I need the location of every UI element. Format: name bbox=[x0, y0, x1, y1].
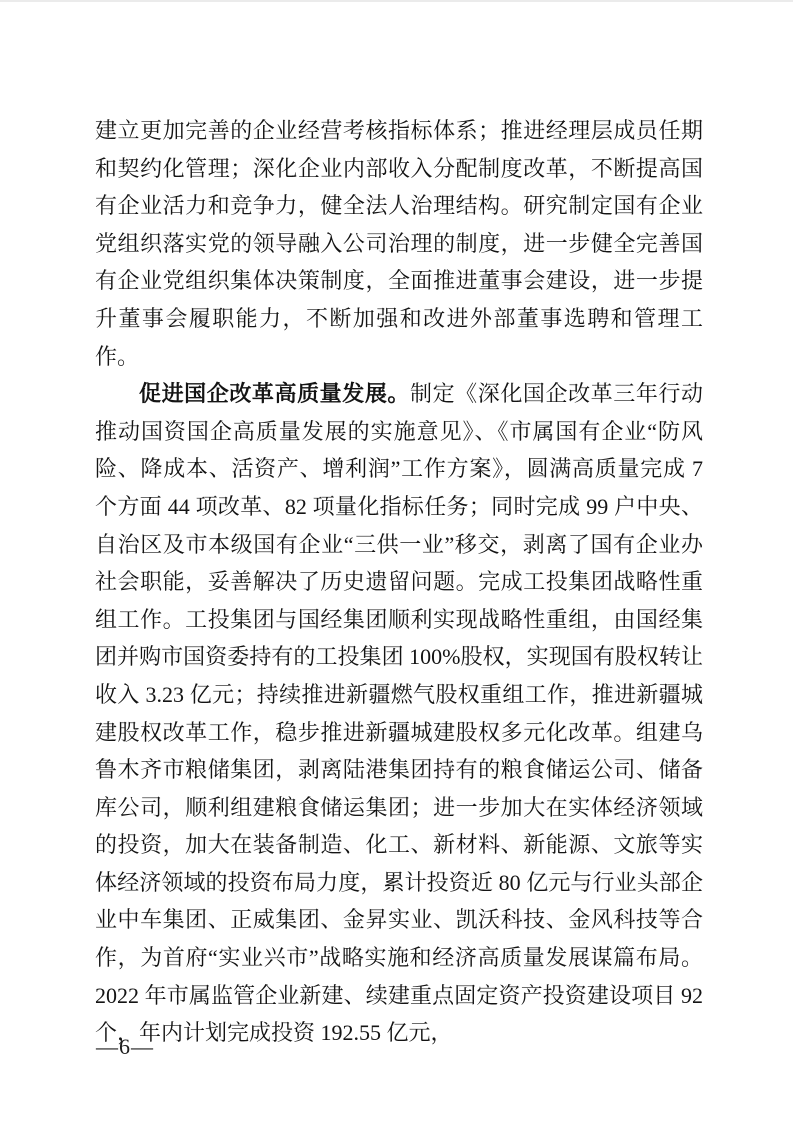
document-page: 建立更加完善的企业经营考核指标体系；推进经理层成员任期和契约化管理；深化企业内部… bbox=[0, 0, 793, 1122]
paragraph-text: 制定《深化国企改革三年行动 推动国资国企高质量发展的实施意见》、《市属国有企业“… bbox=[95, 381, 703, 1045]
scan-edge-artifact bbox=[0, 0, 793, 2]
paragraph-bold-lead: 促进国企改革高质量发展。 bbox=[139, 381, 410, 406]
paragraph-continuation: 建立更加完善的企业经营考核指标体系；推进经理层成员任期和契约化管理；深化企业内部… bbox=[95, 112, 703, 375]
paragraph-text: 建立更加完善的企业经营考核指标体系；推进经理层成员任期和契约化管理；深化企业内部… bbox=[95, 118, 703, 369]
paragraph-main: 促进国企改革高质量发展。制定《深化国企改革三年行动 推动国资国企高质量发展的实施… bbox=[95, 375, 703, 1052]
page-number: —6— bbox=[96, 1032, 154, 1062]
document-body: 建立更加完善的企业经营考核指标体系；推进经理层成员任期和契约化管理；深化企业内部… bbox=[95, 112, 703, 1052]
